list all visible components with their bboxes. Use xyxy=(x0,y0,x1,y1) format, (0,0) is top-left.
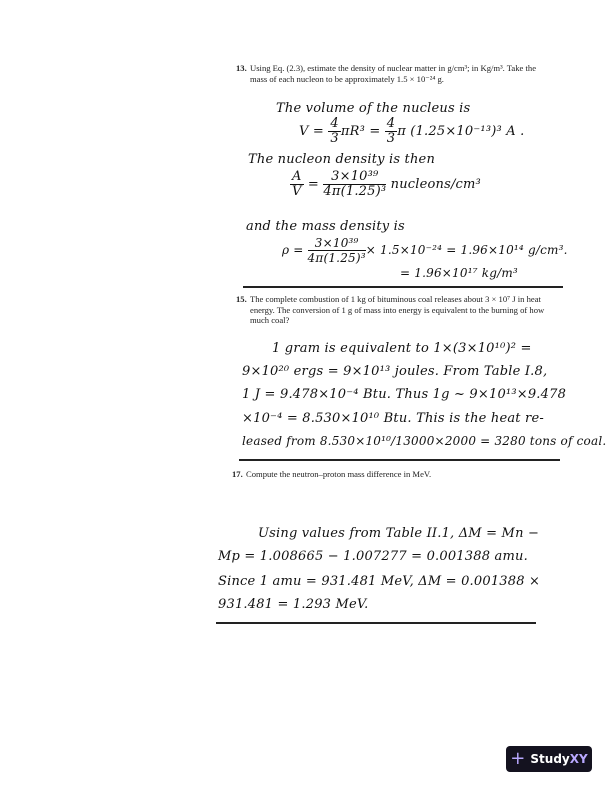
problem-number: 13. xyxy=(236,63,250,74)
fraction: AV xyxy=(290,170,304,199)
solution-17-line4: 931.481 = 1.293 MeV. xyxy=(218,597,369,612)
divider xyxy=(239,459,560,461)
brand-name: StudyXY xyxy=(530,752,587,766)
fraction: 3×10³⁹4π(1.25)³ xyxy=(323,170,386,199)
solution-13-line7: = 1.96×10¹⁷ kg/m³ xyxy=(400,266,518,280)
problem-number: 17. xyxy=(232,469,246,480)
solution-17-line2: Mp = 1.008665 − 1.007277 = 0.001388 amu. xyxy=(218,549,528,564)
divider xyxy=(216,622,536,624)
fraction: 3×10³⁹4π(1.25)³ xyxy=(308,236,366,265)
solution-13-line2: V = 43πR³ = 43π (1.25×10⁻¹³)³ A . xyxy=(299,117,525,146)
solution-13-line1: The volume of the nucleus is xyxy=(276,101,470,116)
solution-13-line3: The nucleon density is then xyxy=(248,152,435,167)
problem-17-question: 17.Compute the neutron–proton mass diffe… xyxy=(232,469,562,480)
plus-icon: + xyxy=(510,750,525,768)
solution-17-line3: Since 1 amu = 931.481 MeV, ΔM = 0.001388… xyxy=(218,574,540,589)
problem-number: 15. xyxy=(236,294,250,305)
problem-15-question: 15.The complete combustion of 1 kg of bi… xyxy=(236,294,566,326)
solution-15-line3: 1 J = 9.478×10⁻⁴ Btu. Thus 1g ~ 9×10¹³×9… xyxy=(242,387,566,402)
solution-13-line5: and the mass density is xyxy=(246,219,405,234)
fraction: 43 xyxy=(328,117,340,146)
problem-13-question: 13.Using Eq. (2.3), estimate the density… xyxy=(236,63,566,84)
solution-15-line4: ×10⁻⁴ = 8.530×10¹⁰ Btu. This is the heat… xyxy=(242,411,544,426)
solution-13-line4: AV = 3×10³⁹4π(1.25)³ nucleons/cm³ xyxy=(290,170,481,199)
fraction: 43 xyxy=(385,117,397,146)
divider xyxy=(243,286,563,288)
solution-15-line1: 1 gram is equivalent to 1×(3×10¹⁰)² = xyxy=(272,341,532,356)
solution-15-line2: 9×10²⁰ ergs = 9×10¹³ joules. From Table … xyxy=(242,364,547,379)
solution-15-line5: leased from 8.530×10¹⁰/13000×2000 = 3280… xyxy=(242,434,606,448)
studyxy-badge[interactable]: + StudyXY xyxy=(506,746,592,772)
solution-17-line1: Using values from Table II.1, ΔM = Mn − xyxy=(258,526,539,541)
solution-13-line6: ρ = 3×10³⁹4π(1.25)³× 1.5×10⁻²⁴ = 1.96×10… xyxy=(282,236,568,265)
